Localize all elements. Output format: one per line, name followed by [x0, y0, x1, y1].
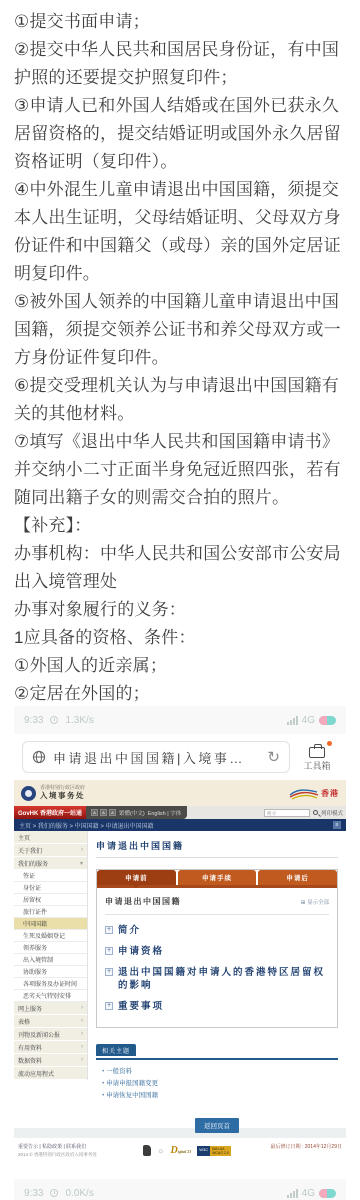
page-title-url: 申请退出中国国籍|入境事… [53, 748, 260, 767]
breadcrumb-path[interactable]: 主页 > 我们的服务 > 中国国籍 > 申请退出中国国籍 [19, 821, 154, 830]
page-title: 申请退出中国国籍 [96, 839, 338, 858]
govhk-logo[interactable]: GovHK 香港政府一站通 [14, 806, 86, 819]
main-content: 申请退出中国国籍 申请前 申请手续 申请后 [88, 831, 346, 1133]
document-paragraph: ⑦填写《退出中华人民共和国国籍申请书》并交纳小二寸正面半身免冠近照四张，若有随同… [14, 428, 346, 512]
sidebar-item[interactable]: 主页 [14, 831, 87, 844]
accordion-item[interactable]: 简介 [105, 924, 329, 937]
alarm-icon [50, 716, 58, 724]
site-search-input[interactable]: 搜寻 [264, 809, 310, 817]
document-paragraph: ①外国人的近亲属； [14, 652, 346, 680]
status-bar: 9:33 1.3K/s 4G [14, 706, 346, 734]
address-bar[interactable]: 申请退出中国国籍|入境事… ↻ [22, 741, 290, 773]
network-type: 4G [302, 1188, 315, 1199]
tab[interactable]: 申请手续 [178, 870, 257, 885]
document-paragraph: ③申请人已和外国人结婚或在国外已获永久居留资格的，提交结婚证明或国外永久居留资格… [14, 92, 346, 176]
related-link[interactable]: 一般资料 [102, 1066, 338, 1078]
sidebar-item[interactable]: 流动应用程式 [14, 1067, 87, 1080]
related-link[interactable]: 申请恢复中国国籍 [102, 1090, 338, 1102]
expand-icon[interactable] [105, 968, 113, 976]
chevron-icon: ▾ [80, 860, 83, 867]
notification-dot [327, 741, 332, 746]
sidebar-item[interactable]: 数据资料 › [14, 1054, 87, 1067]
globe-icon [32, 750, 46, 764]
document-text: ①提交书面申请；②提交中华人民共和国居民身份证，有中国护照的还要提交护照复印件；… [0, 0, 360, 706]
footer-copyright: 2014 © 香港特别行政区政府入境事务处 [18, 1151, 106, 1158]
document-paragraph: 1应具备的资格、条件： [14, 624, 346, 652]
last-revised-date: 最后修订日期 : 2014年12月29日 [268, 1144, 342, 1151]
site-header: 香港特别行政区政府 入境事务处 香港 [14, 780, 346, 806]
sidebar-item[interactable]: 协助服务 [14, 966, 87, 978]
related-link[interactable]: 申请申报国籍变更 [102, 1078, 338, 1090]
document-paragraph: ④中外混生儿童申请退出中国国籍，须提交本人出生证明，父母结婚证明、父母双方身份证… [14, 176, 346, 288]
font-size-button[interactable]: A [109, 809, 116, 816]
share-icon[interactable]: ≡ [333, 821, 341, 829]
refresh-icon[interactable]: ↻ [267, 750, 280, 765]
divider [96, 1058, 338, 1060]
sidebar-item[interactable]: 表格 › [14, 1015, 87, 1028]
page-body: 主页 关于我们 › 我们的服务 ▾ 签证 [14, 831, 346, 1133]
document-paragraph: ⑥提交受理机关认为与申请退出中国国籍有关的其他材料。 [14, 372, 346, 428]
document-paragraph: ②提交中华人民共和国居民身份证，有中国护照的还要提交护照复印件； [14, 36, 346, 92]
wcag-badge-icon: W3C WAI-AA WCAG 2.0 [197, 1146, 231, 1156]
accordion-item[interactable]: 退出中国国籍对申请人的香港特区居留权的影响 [105, 966, 329, 992]
status-time: 9:33 [24, 715, 43, 726]
sidebar-nav: 主页 关于我们 › 我们的服务 ▾ 签证 [14, 831, 88, 1080]
document-paragraph: 【补充】： [14, 512, 346, 540]
browser-bar: 申请退出中国国籍|入境事… ↻ 工具箱 [14, 734, 346, 780]
sidebar-item[interactable]: 旅行证件 [14, 906, 87, 918]
status-time: 9:33 [24, 1188, 43, 1199]
toolbox-label: 工具箱 [296, 759, 338, 772]
chevron-icon: › [81, 1044, 83, 1050]
font-size-button[interactable]: A [100, 809, 107, 816]
sidebar-item[interactable]: 生死及婚姻登记 [14, 930, 87, 942]
chevron-icon: › [81, 1018, 83, 1024]
battery-icon [319, 716, 336, 725]
digital21-logo-icon: Digital 21 [171, 1146, 192, 1156]
toolbox-icon [309, 747, 325, 758]
sidebar-item[interactable]: 签证 [14, 870, 87, 882]
dept-name: 入境事务处 [40, 792, 85, 800]
chevron-icon: › [81, 1005, 83, 1011]
battery-icon [319, 1189, 336, 1198]
sidebar-item[interactable]: 各项服务及办证时间 [14, 978, 87, 990]
brand-hk-logo: 香港 [289, 787, 339, 800]
alarm-icon [50, 1189, 58, 1197]
site-footer: 重要告示 | 私隐政策 | 联系我们 2014 © 香港特别行政区政府入境事务处… [14, 1138, 346, 1170]
award-logo-icon: ☼ [157, 1147, 164, 1155]
font-size-buttons: AAA [91, 809, 116, 816]
lang-switch[interactable]: 繁體(中文) [119, 809, 145, 817]
panel-title: 申请退出中国国籍 [105, 896, 181, 907]
accordion-item[interactable]: 重要事项 [105, 1000, 329, 1013]
sidebar-item[interactable]: 关于我们 › [14, 844, 87, 857]
expand-icon[interactable] [105, 1002, 113, 1010]
font-size-button[interactable]: A [91, 809, 98, 816]
brand-hk-ribbon-icon [289, 787, 319, 800]
sidebar-item[interactable]: 中国国籍 [14, 918, 87, 930]
content-panel: 申请前 申请手续 申请后 申请退出中国国籍 ⊞ 显示全部 [96, 869, 338, 1028]
breadcrumb: 主页 > 我们的服务 > 中国国籍 > 申请退出中国国籍 ≡ [14, 819, 346, 831]
search-icon[interactable] [313, 810, 318, 815]
document-paragraph: 办事机构：中华人民共和国公安部市公安局出入境管理处 [14, 540, 346, 596]
tab[interactable]: 申请后 [258, 870, 337, 885]
document-paragraph: ②定居在外国的； [14, 680, 346, 706]
embedded-screenshot: 9:33 1.3K/s 4G 申请退出中国国籍|入境事… ↻ 工具箱 [14, 706, 346, 1170]
sidebar-item[interactable]: 身份证 [14, 882, 87, 894]
related-topics-tab: 相关主题 [96, 1044, 136, 1056]
document-paragraph: ①提交书面申请； [14, 8, 346, 36]
sidebar-item[interactable]: 刊物及新闻公报 › [14, 1028, 87, 1041]
tab[interactable]: 申请前 [97, 870, 176, 885]
network-speed: 0.0K/s [65, 1188, 93, 1199]
embedded-screenshot-2: 9:33 0.0K/s 4G [14, 1179, 346, 1200]
emblem-logo-icon [143, 1145, 151, 1156]
footer-links[interactable]: 重要告示 | 私隐政策 | 联系我们 [18, 1144, 106, 1151]
sidebar-item[interactable]: 出入境管制 [14, 954, 87, 966]
govhk-bar: GovHK 香港政府一站通 AAA 繁體(中文) English | 字体 搜寻… [14, 806, 346, 819]
show-all-link[interactable]: ⊞ 显示全部 [301, 898, 329, 906]
document-paragraph: 办事对象履行的义务： [14, 596, 346, 624]
lang-english[interactable]: English | 字体 [148, 809, 182, 817]
sidebar-item[interactable]: 领养服务 [14, 942, 87, 954]
accordion: 简介 申请资格 退出中国国籍对申请人的香港特区居留权的影响 [105, 924, 329, 1013]
chevron-icon: › [81, 1057, 83, 1063]
status-bar: 9:33 0.0K/s 4G [14, 1179, 346, 1200]
toolbox-button[interactable]: 工具箱 [296, 743, 338, 772]
tab-bar: 申请前 申请手续 申请后 [97, 870, 337, 888]
network-type: 4G [302, 715, 315, 726]
expand-icon[interactable] [105, 926, 113, 934]
related-topics: 相关主题 一般资料申请申报国籍变更申请恢复中国国籍 [96, 1040, 338, 1102]
print-mode-link[interactable]: 列印模式 [321, 809, 343, 817]
back-to-top-button[interactable]: 返回页首 [195, 1118, 239, 1133]
document-paragraph: ⑤被外国人领养的中国籍儿童申请退出中国国籍，须提交领养公证书和养父母双方或一方身… [14, 288, 346, 372]
sidebar-item[interactable]: 网上服务 › [14, 1002, 87, 1015]
network-speed: 1.3K/s [65, 715, 93, 726]
sidebar-item[interactable]: 我们的服务 ▾ [14, 857, 87, 870]
expand-icon[interactable] [105, 947, 113, 955]
signal-icon [287, 1189, 298, 1198]
brand-hk-text: 香港 [321, 788, 339, 799]
chevron-icon: › [81, 1031, 83, 1037]
chevron-icon: › [81, 847, 83, 853]
sidebar-item[interactable]: 恶劣天气特别安排 [14, 990, 87, 1002]
gap [0, 1170, 360, 1179]
immd-badge-icon [21, 786, 36, 801]
signal-icon [287, 716, 298, 725]
divider [105, 914, 329, 915]
accordion-item[interactable]: 申请资格 [105, 945, 329, 958]
sidebar-item[interactable]: 有用资料 › [14, 1041, 87, 1054]
sidebar-item[interactable]: 居留权 [14, 894, 87, 906]
